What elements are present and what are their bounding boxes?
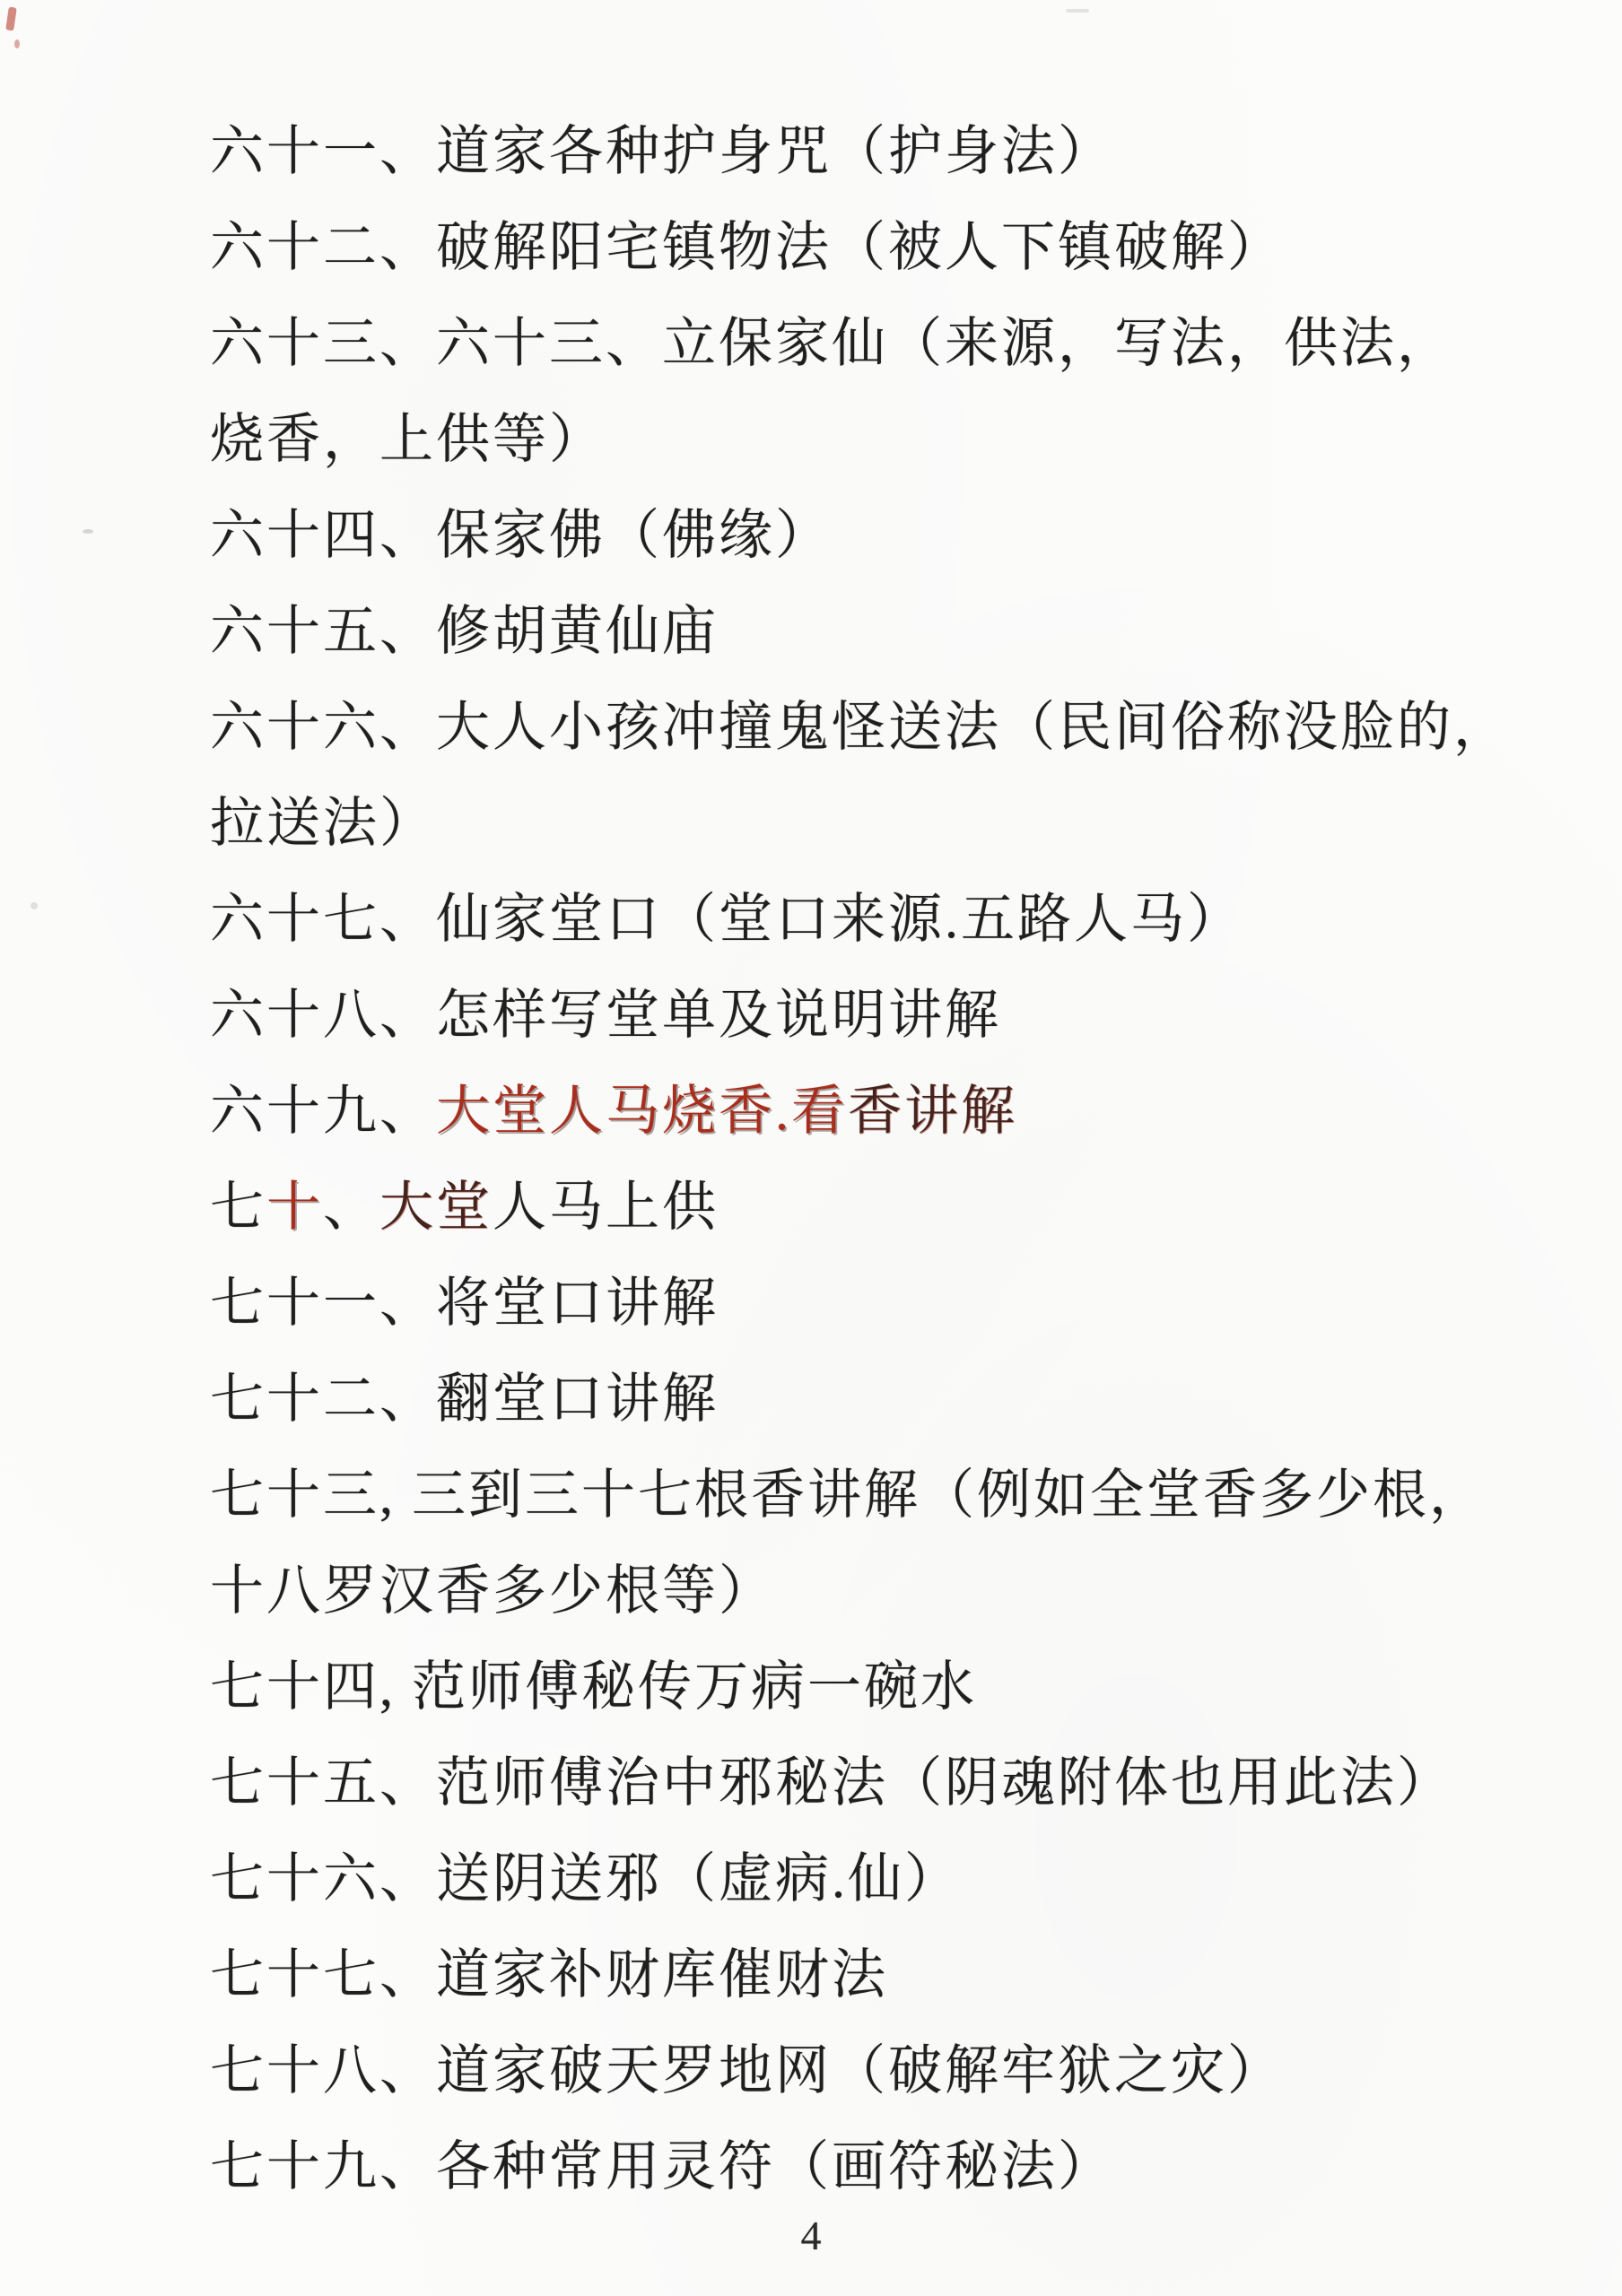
toc-line: 七十九、各种常用灵符（画符秘法） [210, 2119, 1510, 2215]
toc-line-segment: 七十八、道家破天罗地网（破解牢狱之灾） [210, 2041, 1284, 2100]
toc-line-segment: 七十六、送阴送邪（虚病.仙） [210, 1849, 961, 1909]
toc-line-segment: 拉送法） [210, 794, 436, 853]
toc-line-segment: 、 [323, 1178, 379, 1237]
toc-line-segment: 七十七、道家补财库催财法 [210, 1945, 888, 2005]
scan-smudge [83, 529, 93, 534]
toc-line-segment: 十 [266, 1178, 323, 1237]
toc-line: 六十九、大堂人马烧香.看香讲解 [210, 1064, 1510, 1160]
red-ink-scan-artifact [14, 39, 20, 48]
toc-line-segment: 六十七、仙家堂口（堂口来源.五路人马） [210, 890, 1243, 949]
toc-line: 六十二、破解阳宅镇物法（被人下镇破解） [210, 200, 1510, 296]
toc-line-segment: 烧香，上供等） [210, 410, 606, 469]
toc-line-segment: 七 [210, 1178, 266, 1237]
toc-line-segment: 七十五、范师傅治中邪秘法（阴魂附体也用此法） [210, 1753, 1453, 1813]
toc-line-segment: 大堂 [379, 1178, 493, 1237]
toc-list: 六十一、道家各种护身咒（护身法）六十二、破解阳宅镇物法（被人下镇破解）六十三、六… [210, 104, 1510, 2215]
toc-line: 六十一、道家各种护身咒（护身法） [210, 104, 1510, 200]
toc-line: 十八罗汉香多少根等） [210, 1544, 1510, 1639]
toc-line-segment: 六十一、道家各种护身咒（护身法） [210, 122, 1114, 181]
toc-line-segment: 七十一、将堂口讲解 [210, 1274, 719, 1333]
toc-line-segment: 六十二、破解阳宅镇物法（被人下镇破解） [210, 218, 1284, 277]
toc-line: 六十三、六十三、立保家仙（来源，写法，供法， [210, 296, 1510, 392]
toc-line: 六十八、怎样写堂单及说明讲解 [210, 968, 1510, 1064]
toc-line: 七十一、将堂口讲解 [210, 1256, 1510, 1352]
toc-line-segment: 大堂人马烧香.看 [436, 1082, 848, 1141]
toc-line: 七十五、范师傅治中邪秘法（阴魂附体也用此法） [210, 1735, 1510, 1831]
toc-line: 七十二、翻堂口讲解 [210, 1352, 1510, 1448]
toc-line: 拉送法） [210, 776, 1510, 872]
toc-line-segment: 六十三、六十三、立保家仙（来源，写法，供法， [210, 314, 1453, 373]
toc-line: 烧香，上供等） [210, 392, 1510, 488]
toc-line: 七十七、道家补财库催财法 [210, 1927, 1510, 2023]
toc-line: 六十五、修胡黄仙庙 [210, 584, 1510, 680]
toc-line-segment: 六十八、怎样写堂单及说明讲解 [210, 986, 1001, 1045]
toc-line: 六十六、大人小孩冲撞鬼怪送法（民间俗称没脸的， [210, 680, 1510, 776]
scan-smudge [31, 902, 38, 909]
toc-line-segment: 香讲解 [848, 1082, 1017, 1141]
toc-line: 七十三, 三到三十七根香讲解（例如全堂香多少根， [210, 1448, 1510, 1544]
toc-line-segment: 十八罗汉香多少根等） [210, 1561, 775, 1621]
scan-smudge [1066, 9, 1089, 13]
toc-line-segment: 人马上供 [493, 1178, 719, 1237]
toc-line-segment: 七十二、翻堂口讲解 [210, 1370, 719, 1429]
toc-line: 六十七、仙家堂口（堂口来源.五路人马） [210, 872, 1510, 968]
toc-line-segment: 六十五、修胡黄仙庙 [210, 602, 719, 661]
toc-line: 七十四, 范师傅秘传万病一碗水 [210, 1639, 1510, 1735]
toc-line-segment: 七十四, 范师傅秘传万病一碗水 [210, 1657, 977, 1717]
page-number: 4 [0, 2212, 1622, 2259]
toc-line: 六十四、保家佛（佛缘） [210, 488, 1510, 584]
toc-line-segment: 七十三, 三到三十七根香讲解（例如全堂香多少根， [210, 1465, 1486, 1525]
toc-line: 七十八、道家破天罗地网（破解牢狱之灾） [210, 2023, 1510, 2119]
toc-line-segment: 六十四、保家佛（佛缘） [210, 506, 832, 565]
toc-line-segment: 六十九、 [210, 1082, 436, 1141]
document-page: 六十一、道家各种护身咒（护身法）六十二、破解阳宅镇物法（被人下镇破解）六十三、六… [0, 0, 1622, 2296]
toc-line-segment: 七十九、各种常用灵符（画符秘法） [210, 2137, 1114, 2196]
toc-line: 七十、大堂人马上供 [210, 1160, 1510, 1256]
red-ink-scan-artifact [5, 7, 17, 31]
toc-line: 七十六、送阴送邪（虚病.仙） [210, 1831, 1510, 1927]
toc-line-segment: 六十六、大人小孩冲撞鬼怪送法（民间俗称没脸的， [210, 698, 1510, 757]
